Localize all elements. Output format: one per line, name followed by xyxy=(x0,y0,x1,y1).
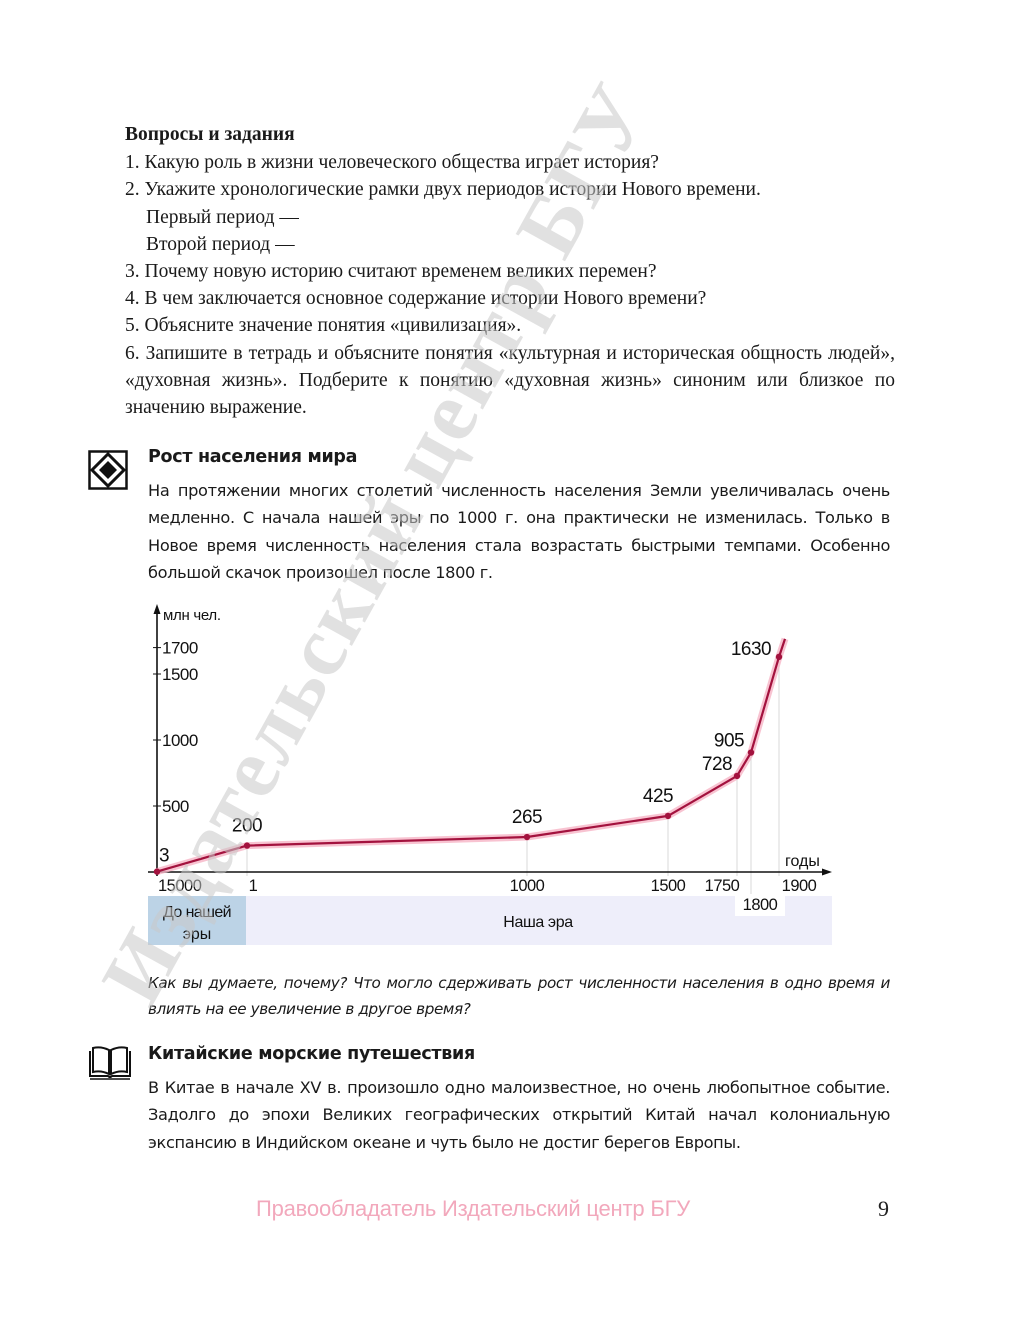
era-band-ad xyxy=(246,896,832,945)
diamond-icon xyxy=(88,450,128,490)
x-tick-label: 1800 xyxy=(743,896,778,914)
reflection-question: Как вы думаете, почему? Что могло сдержи… xyxy=(148,970,890,1022)
era-label-bc: эры xyxy=(183,926,212,943)
question-item: 5. Объясните значение понятия «цивилизац… xyxy=(125,312,895,339)
question-item: 4. В чем заключается основное содержание… xyxy=(125,285,895,312)
x-tick-label: 15000 xyxy=(158,877,202,895)
question-subitem: Первый период — xyxy=(125,204,895,231)
page-number: 9 xyxy=(878,1196,889,1222)
questions-title: Вопросы и задания xyxy=(125,121,895,148)
label-bg xyxy=(735,896,785,916)
y-tick-label: 1700 xyxy=(162,639,198,658)
x-tick-label: 1900 xyxy=(782,877,817,895)
rights-holder-footer: Правообладатель Издательский центр БГУ xyxy=(256,1196,690,1222)
data-point xyxy=(734,773,740,779)
open-book-icon xyxy=(87,1045,133,1081)
data-point xyxy=(748,749,754,755)
question-item: 3. Почему новую историю считают временем… xyxy=(125,258,895,285)
era-label-bc: До нашей xyxy=(163,904,231,921)
question-item: 6. Запишите в тетрадь и объясните поняти… xyxy=(125,340,895,422)
data-label: 200 xyxy=(232,816,262,837)
data-label: 905 xyxy=(714,731,744,752)
x-tick-label: 1000 xyxy=(510,877,545,895)
series-line xyxy=(157,639,785,872)
x-tick-label: 1500 xyxy=(651,877,686,895)
y-tick-label: 1000 xyxy=(162,731,198,750)
data-label: 425 xyxy=(643,786,673,807)
data-point xyxy=(244,842,250,848)
data-point xyxy=(665,813,671,819)
x-axis-label: годы xyxy=(785,853,820,870)
question-item: 2. Укажите хронологические рамки двух пе… xyxy=(125,176,895,203)
section-title-population: Рост населения мира xyxy=(148,447,357,467)
paragraph: На протяжении многих столетий численност… xyxy=(148,477,890,586)
x-tick-label: 1 xyxy=(249,877,258,895)
data-point xyxy=(154,868,160,874)
data-label: 1630 xyxy=(731,639,771,660)
data-label: 728 xyxy=(702,754,732,775)
era-label-ad: Наша эра xyxy=(503,914,573,931)
paragraph: В Китае в начале XV в. произошло одно ма… xyxy=(148,1074,890,1156)
y-axis-label: млн чел. xyxy=(163,607,221,624)
y-axis-arrow xyxy=(154,604,161,614)
y-tick-label: 500 xyxy=(162,797,189,816)
section-title-china: Китайские морские путешествия xyxy=(148,1044,475,1064)
section-body-population: На протяжении многих столетий численност… xyxy=(148,477,890,586)
data-point xyxy=(524,834,530,840)
section-body-china: В Китае в начале XV в. произошло одно ма… xyxy=(148,1074,890,1156)
data-label: 3 xyxy=(159,846,169,867)
questions-block: Вопросы и задания 1. Какую роль в жизни … xyxy=(125,121,895,421)
question-subitem: Второй период — xyxy=(125,231,895,258)
y-tick-label: 1500 xyxy=(162,665,198,684)
data-point xyxy=(776,654,782,660)
question-item: 1. Какую роль в жизни человеческого обще… xyxy=(125,149,895,176)
data-label: 265 xyxy=(512,807,542,828)
x-axis-arrow xyxy=(822,869,832,876)
x-tick-label: 1750 xyxy=(705,877,740,895)
era-band-bc xyxy=(148,896,246,945)
series-halo xyxy=(157,639,785,872)
